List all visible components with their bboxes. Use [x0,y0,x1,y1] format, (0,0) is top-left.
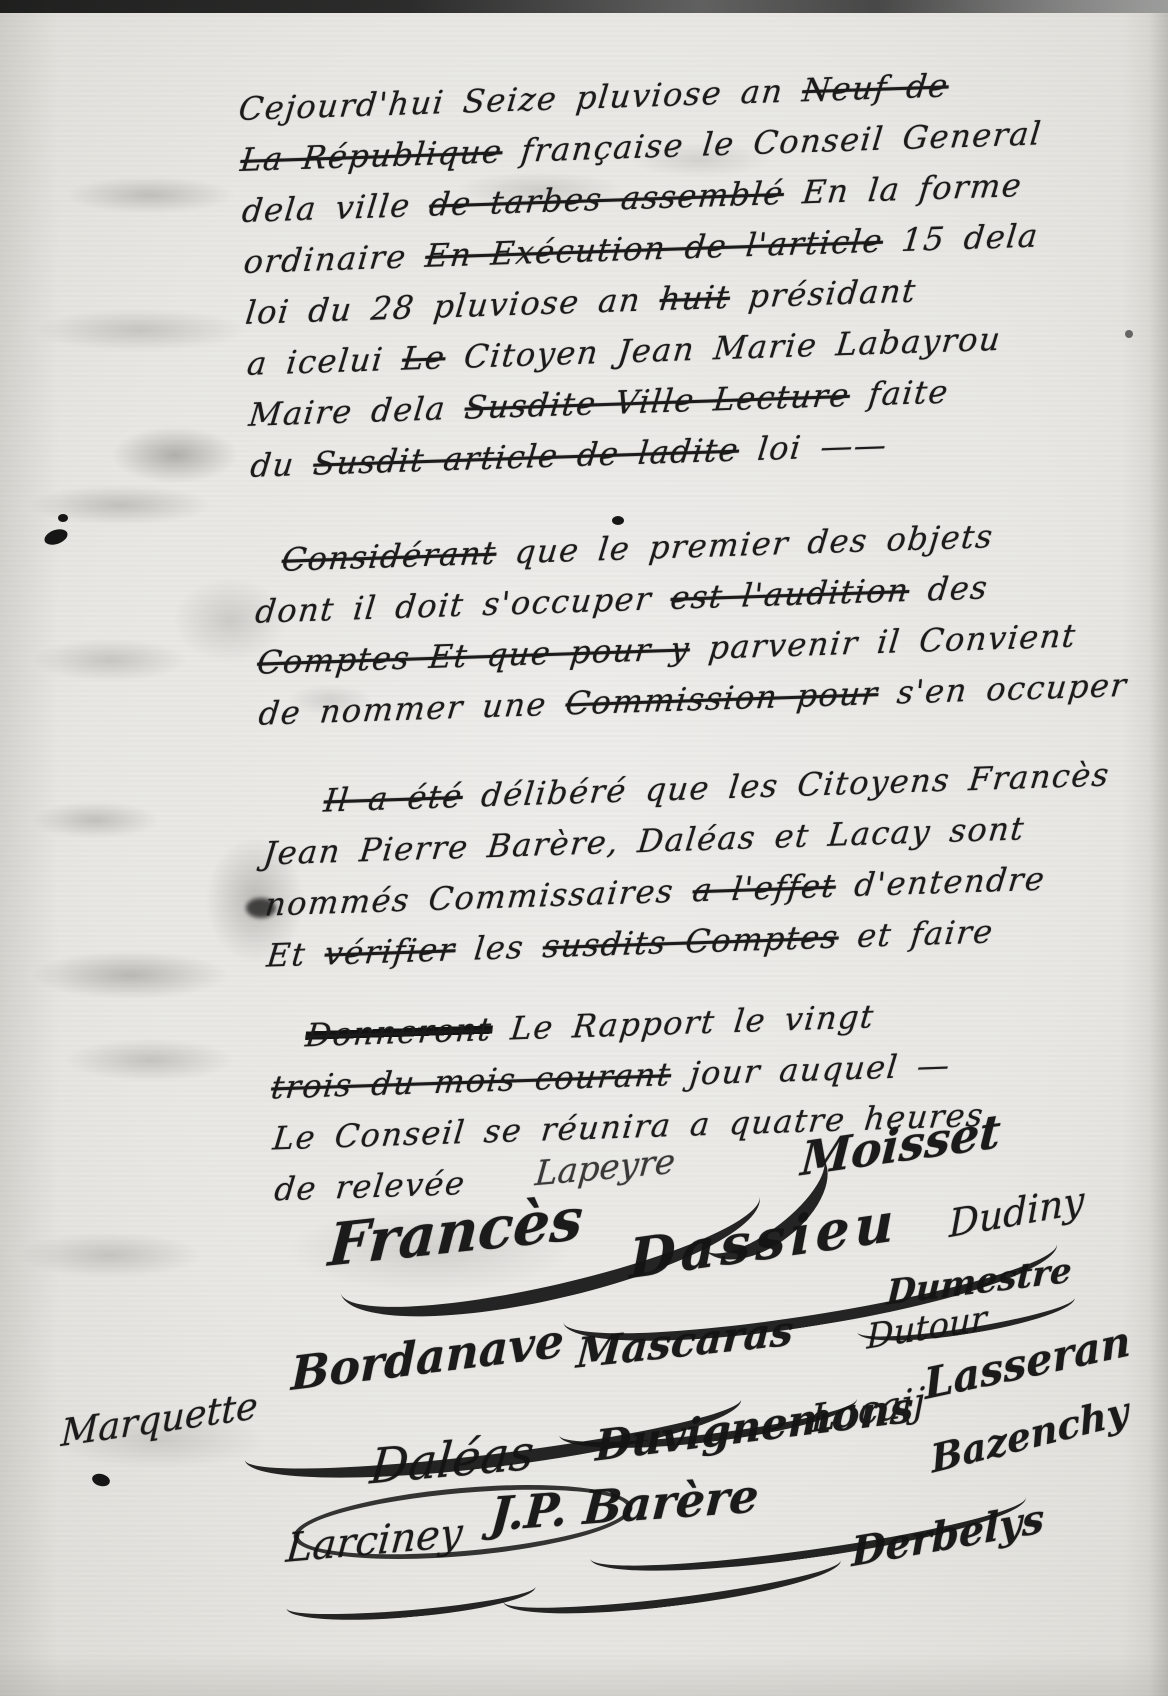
handwritten-text: du [249,445,316,485]
handwritten-text: dont il doit s'occuper [254,579,673,631]
handwritten-text: s'en occuper [876,666,1129,712]
struck-text: trois du mois courant [269,1055,673,1106]
struck-text: de tarbes assemblé [427,174,786,224]
ink-flourish [285,1567,537,1628]
ink-spot [91,1472,111,1488]
handwritten-text: d'entendre [834,860,1048,905]
struck-text: Donneront [304,1010,495,1054]
struck-text: Susdite Ville Lecture [463,376,852,427]
ink-spot [58,514,68,522]
handwritten-text: parvenir il Convient [688,616,1078,667]
struck-text: La République [239,132,505,179]
handwritten-text: présidant [728,272,919,316]
struck-text: susdits Comptes [541,917,841,965]
handwritten-text: loi du 28 pluviose an [244,280,662,332]
signature-marquette: Marquette [60,1384,258,1455]
handwritten-text: et faire [837,912,996,955]
manuscript-body: Cejourd'hui Seize pluviose an Neuf deLa … [238,56,1115,1215]
ink-spot [42,526,69,547]
handwritten-text: Le Rapport le vingt [490,997,876,1048]
struck-text: Il a été [322,777,465,820]
ink-flourish [291,1473,636,1570]
struck-text: Susdit article de ladite [311,431,741,483]
manuscript-page: Cejourd'hui Seize pluviose an Neuf deLa … [0,0,1168,1696]
handwritten-text: de nommer une [257,684,568,732]
handwritten-text: 15 dela [881,216,1041,259]
handwritten-text: Et [265,935,327,975]
scan-top-edge [0,0,1168,13]
struck-text: Commission pour [564,674,881,723]
handwritten-text: jour auquel — [669,1046,952,1093]
struck-text: Comptes Et que pour y [255,629,692,682]
struck-text: vérifier [323,930,458,972]
struck-text: Neuf de [800,66,950,109]
handwritten-text: dela ville [240,186,431,230]
struck-text: est l'audition [669,571,912,617]
handwritten-text: nommés Commissaires [263,871,695,923]
struck-text: huit [658,278,732,318]
handwritten-text: faite [848,373,951,414]
handwritten-text: ordinaire [242,237,428,281]
handwritten-text: Maire dela [247,389,467,434]
struck-text: a l'effet [691,867,838,910]
struck-text: Considérant [280,534,499,579]
handwritten-text: loi —— [737,426,890,469]
struck-text: En Exécution de l'article [423,222,885,275]
handwritten-text: a icelui [245,340,404,383]
struck-text: Le [400,338,447,378]
handwritten-text: En la forme [782,166,1024,212]
handwritten-text: des [907,568,990,609]
ink-spot [1125,330,1133,338]
handwritten-text: les [454,927,545,968]
handwritten-text: que le premier des objets [494,517,995,572]
